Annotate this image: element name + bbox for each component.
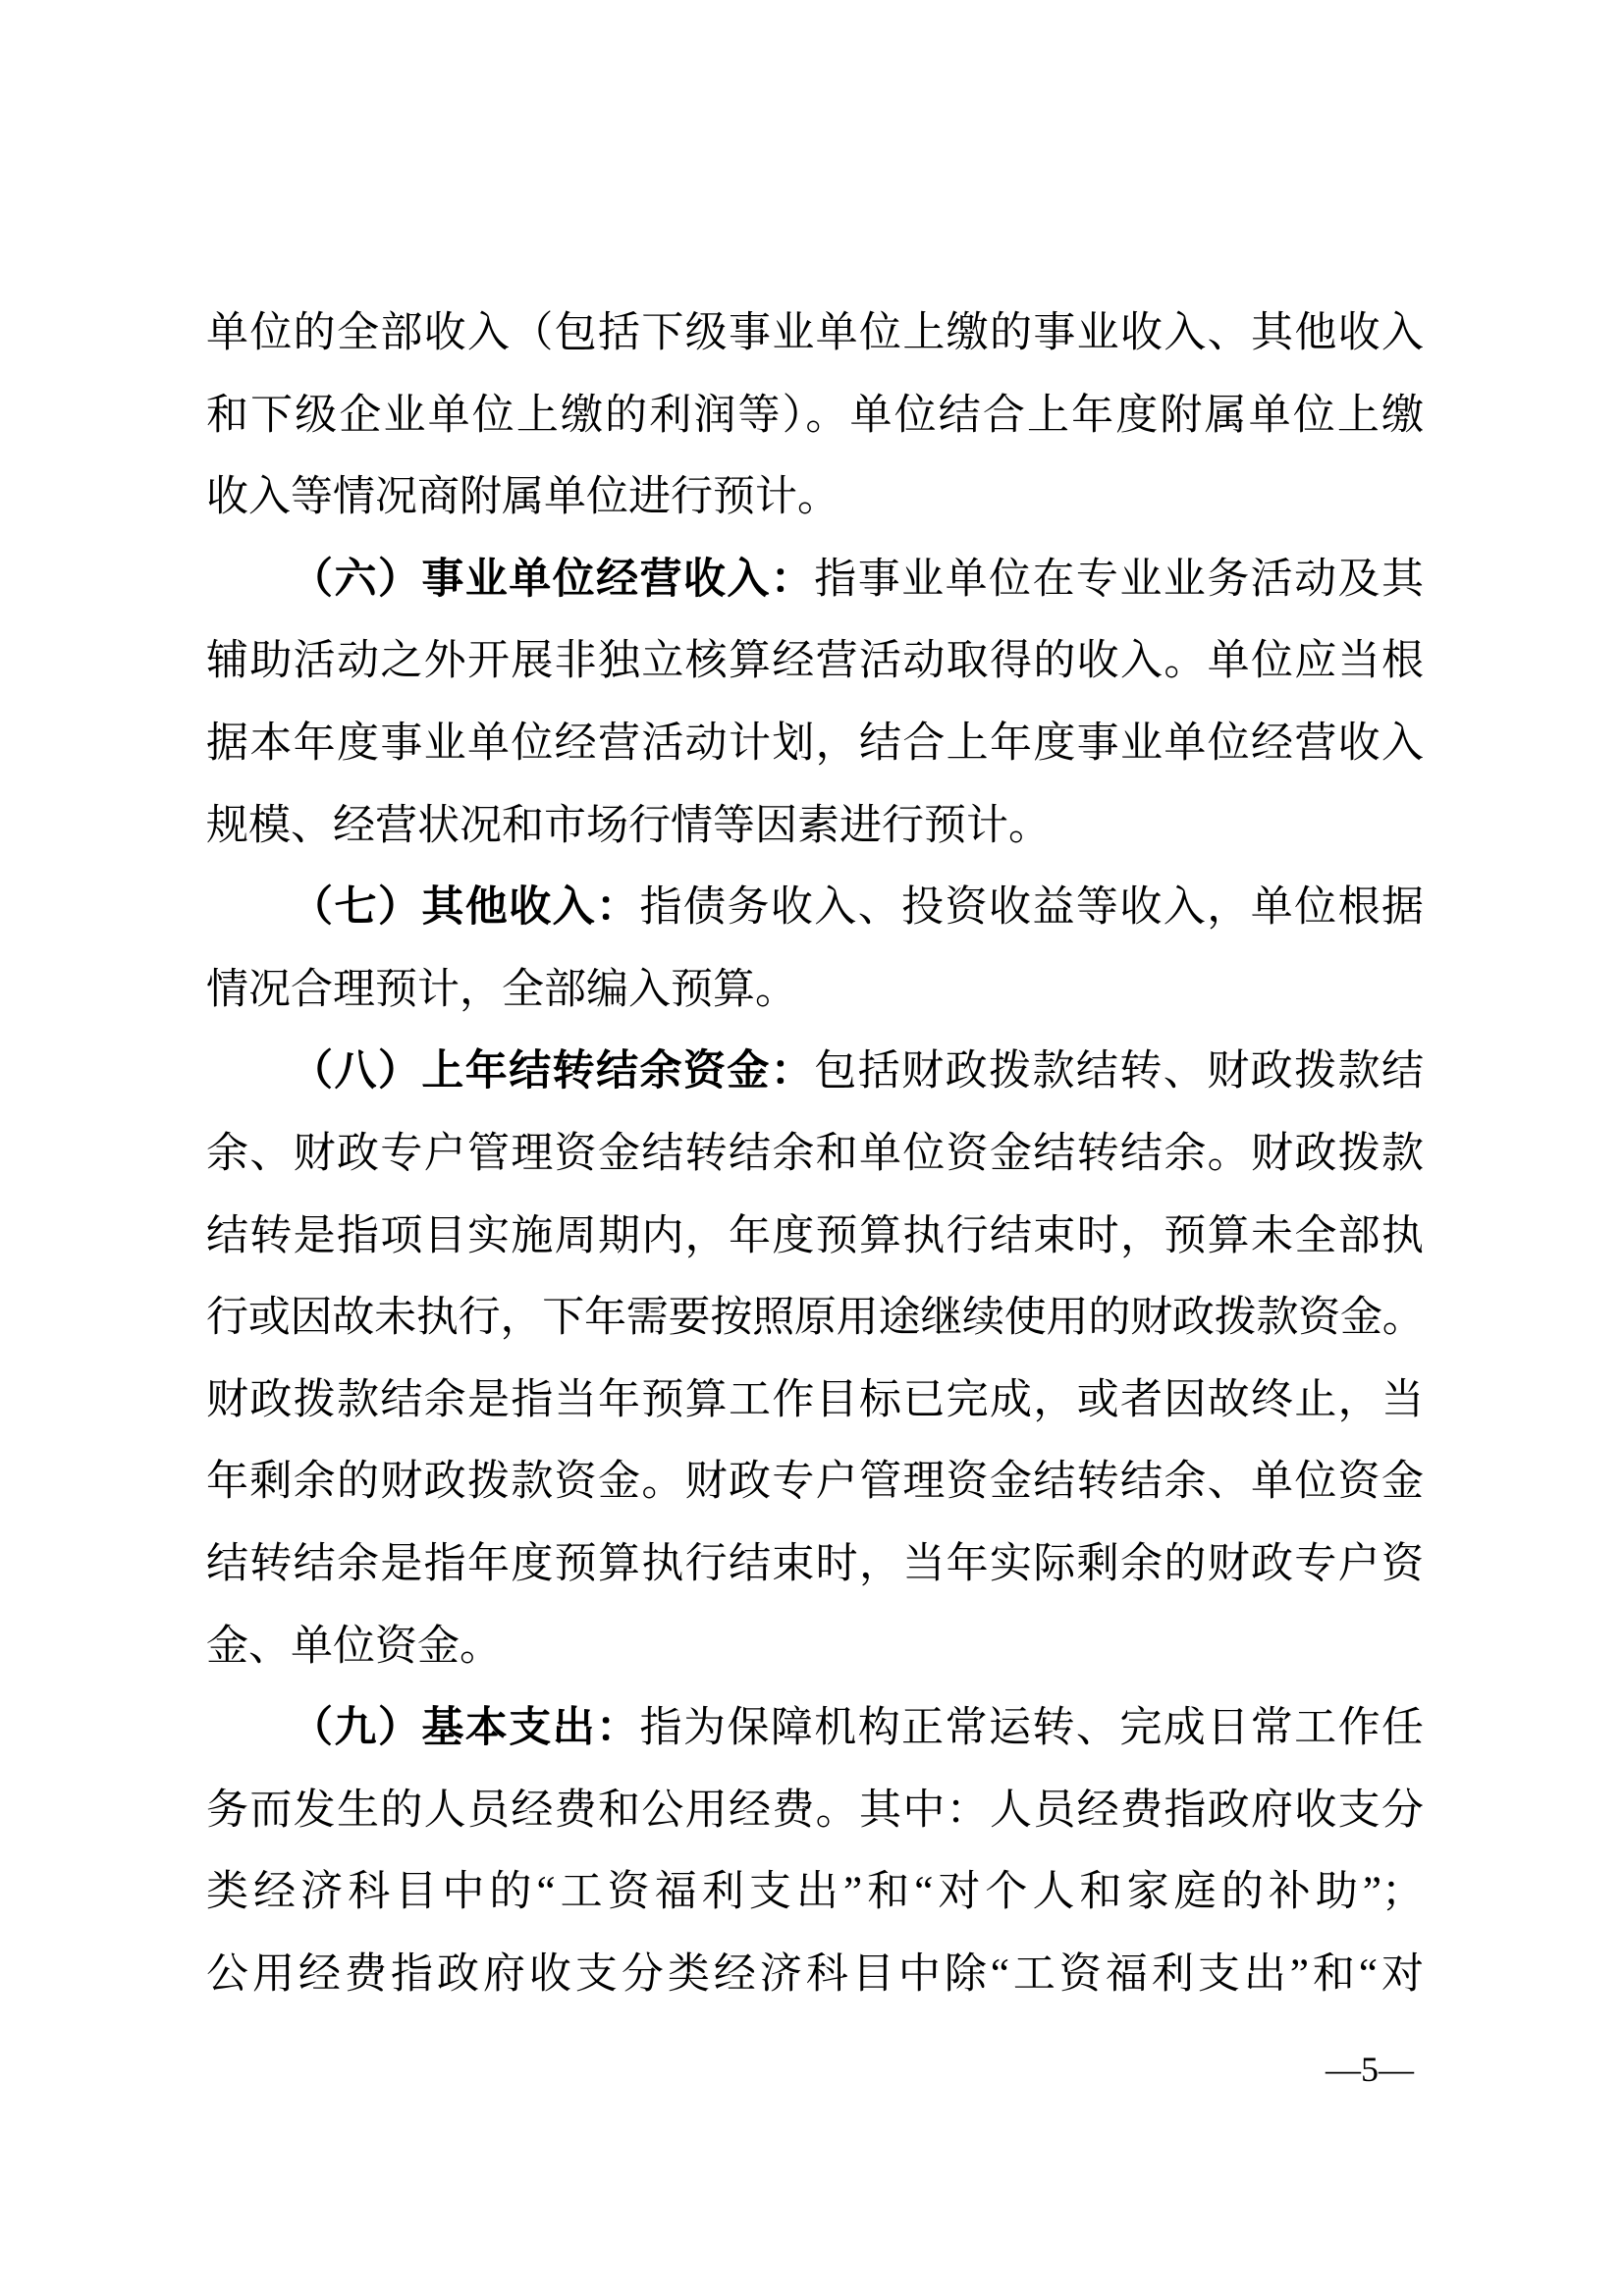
text-line: 行或因故未执行，下年需要按照原用途继续使用的财政拨款资金。	[206, 1277, 1424, 1360]
paragraph: （八）上年结转结余资金：包括财政拨款结转、财政拨款结余、财政专户管理资金结转结余…	[206, 1031, 1424, 1687]
clause-heading: （六）事业单位经营收入：	[291, 557, 814, 603]
text-line: 收入等情况商附属单位进行预计。	[206, 456, 1424, 539]
paragraph: （六）事业单位经营收入：指事业单位在专业业务活动及其辅助活动之外开展非独立核算经…	[206, 539, 1424, 867]
text-line: （六）事业单位经营收入：指事业单位在专业业务活动及其	[206, 539, 1424, 621]
text-line: 金、单位资金。	[206, 1606, 1424, 1688]
text-line: 务而发生的人员经费和公用经费。其中：人员经费指政府收支分	[206, 1770, 1424, 1852]
text-line: （八）上年结转结余资金：包括财政拨款结转、财政拨款结	[206, 1031, 1424, 1113]
paragraph: （七）其他收入：指债务收入、投资收益等收入，单位根据情况合理预计，全部编入预算。	[206, 867, 1424, 1031]
paragraph: 单位的全部收入（包括下级事业单位上缴的事业收入、其他收入和下级企业单位上缴的利润…	[206, 293, 1424, 539]
document-body: 单位的全部收入（包括下级事业单位上缴的事业收入、其他收入和下级企业单位上缴的利润…	[206, 293, 1424, 2015]
text-line: 和下级企业单位上缴的利润等）。单位结合上年度附属单位上缴	[206, 375, 1424, 457]
text-line: 财政拨款结余是指当年预算工作目标已完成，或者因故终止，当	[206, 1360, 1424, 1442]
text-line: 结转是指项目实施周期内，年度预算执行结束时，预算未全部执	[206, 1196, 1424, 1278]
clause-heading: （九）基本支出：	[291, 1705, 640, 1751]
text-line: 辅助活动之外开展非独立核算经营活动取得的收入。单位应当根	[206, 620, 1424, 703]
text-line: 公用经费指政府收支分类经济科目中除“工资福利支出”和“对	[206, 1934, 1424, 2016]
text-line: 单位的全部收入（包括下级事业单位上缴的事业收入、其他收入	[206, 293, 1424, 375]
text-line: 余、财政专户管理资金结转结余和单位资金结转结余。财政拨款	[206, 1113, 1424, 1196]
page-number: —5—	[1326, 2050, 1414, 2089]
paragraph: （九）基本支出：指为保障机构正常运转、完成日常工作任务而发生的人员经费和公用经费…	[206, 1687, 1424, 2015]
text-line: 类经济科目中的“工资福利支出”和“对个人和家庭的补助”；	[206, 1851, 1424, 1934]
text-line: 规模、经营状况和市场行情等因素进行预计。	[206, 785, 1424, 868]
text-line: 结转结余是指年度预算执行结束时，当年实际剩余的财政专户资	[206, 1523, 1424, 1606]
text-line: （九）基本支出：指为保障机构正常运转、完成日常工作任	[206, 1687, 1424, 1770]
clause-heading: （七）其他收入：	[291, 884, 640, 931]
clause-heading: （八）上年结转结余资金：	[291, 1048, 814, 1095]
text-line: （七）其他收入：指债务收入、投资收益等收入，单位根据	[206, 867, 1424, 949]
text-line: 情况合理预计，全部编入预算。	[206, 949, 1424, 1032]
text-line: 年剩余的财政拨款资金。财政专户管理资金结转结余、单位资金	[206, 1441, 1424, 1523]
text-line: 据本年度事业单位经营活动计划，结合上年度事业单位经营收入	[206, 703, 1424, 785]
document-page: 单位的全部收入（包括下级事业单位上缴的事业收入、其他收入和下级企业单位上缴的利润…	[0, 0, 1624, 2296]
